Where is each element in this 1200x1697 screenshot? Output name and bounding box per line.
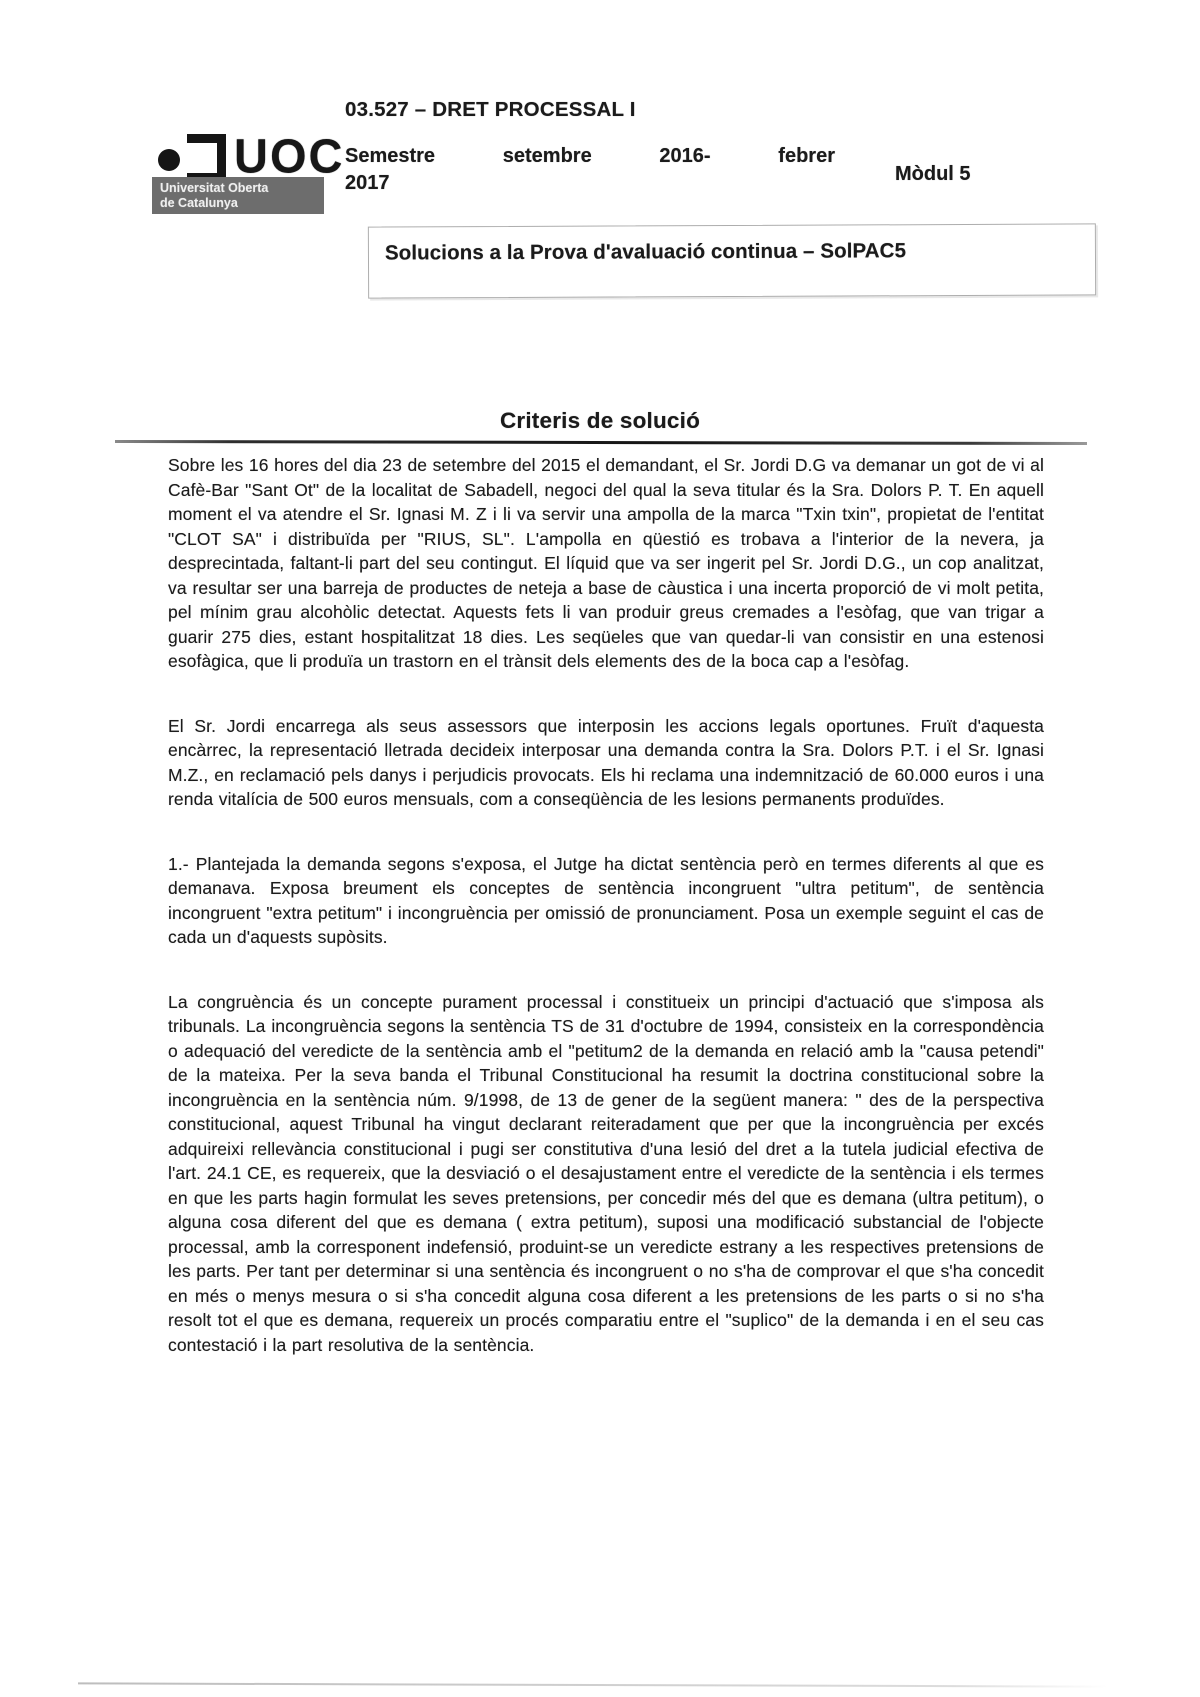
- body-paragraph-question-1: 1.- Plantejada la demanda segons s'expos…: [168, 852, 1044, 950]
- body-paragraph-claim: El Sr. Jordi encarrega als seus assessor…: [168, 714, 1044, 812]
- body-paragraph-case-facts: Sobre les 16 hores del dia 23 de setembr…: [168, 453, 1044, 674]
- logo-dot-icon: [158, 149, 180, 171]
- semester-text: Semestre setembre 2016- febrer 2017: [345, 143, 835, 197]
- course-code-title: 03.527 – DRET PROCESSAL I: [345, 98, 636, 122]
- semester-line2: 2017: [345, 170, 835, 197]
- document-body: Sobre les 16 hores del dia 23 de setembr…: [168, 453, 1044, 1397]
- logo-university-line2: de Catalunya: [160, 196, 318, 211]
- logo-university-badge: Universitat Oberta de Catalunya: [152, 177, 324, 214]
- section-title: Criteris de solució: [0, 408, 1200, 434]
- solutions-box-title: Solucions a la Prova d'avaluació continu…: [385, 238, 1085, 265]
- logo-university-line1: Universitat Oberta: [160, 181, 318, 196]
- body-paragraph-answer-1: La congruència és un concepte purament p…: [168, 990, 1044, 1358]
- solutions-box: Solucions a la Prova d'avaluació continu…: [368, 223, 1096, 298]
- uoc-logo: UOC: [158, 128, 344, 182]
- document-page: { "colors": { "text": "#1c1c1c", "logo_b…: [0, 0, 1200, 1697]
- logo-acronym: UOC: [234, 131, 344, 179]
- module-label: Mòdul 5: [895, 163, 971, 186]
- logo-bracket-icon: [187, 134, 226, 182]
- semester-line1: Semestre setembre 2016- febrer: [345, 143, 835, 170]
- footer-scan-line: [78, 1682, 1108, 1687]
- section-title-rule: [115, 440, 1087, 445]
